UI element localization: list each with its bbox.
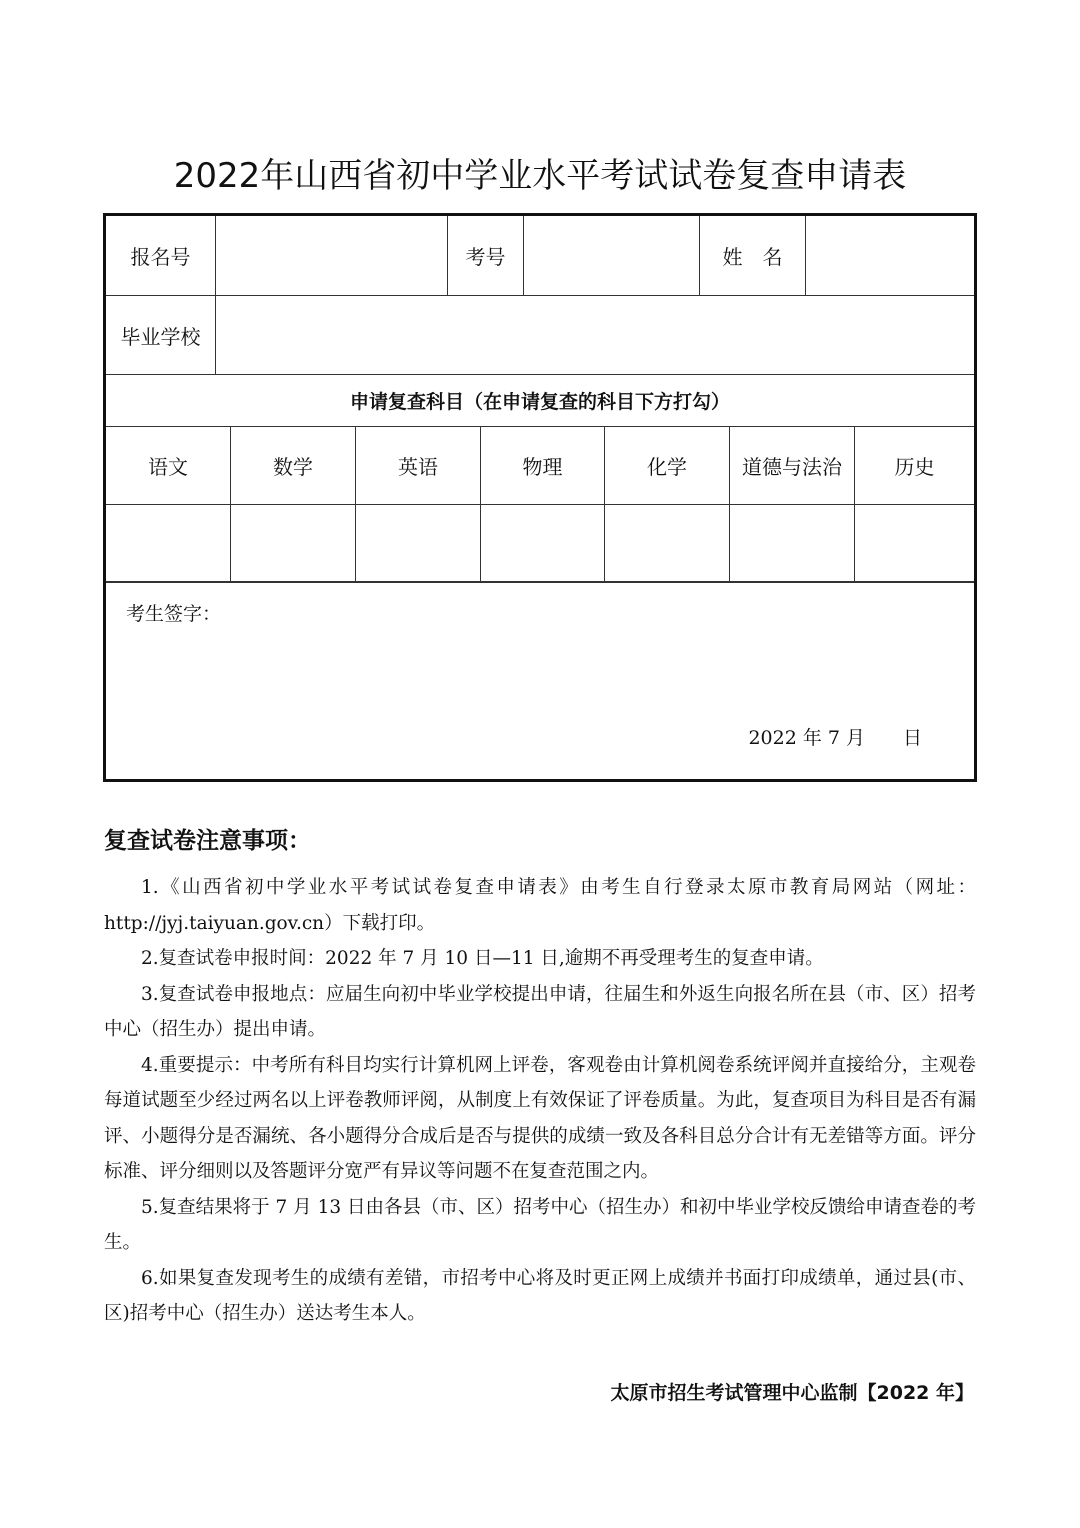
application-form-table: 报名号 考号 姓 名 毕业学校 申请复查科目（在申请复查的科目下方打勾） 语文 … (103, 213, 977, 782)
registration-no-field[interactable] (216, 216, 448, 295)
subject-english-label: 英语 (356, 427, 481, 504)
issuer-footer: 太原市招生考试管理中心监制【2022 年】 (611, 1378, 975, 1405)
subjects-label-row: 语文 数学 英语 物理 化学 道德与法治 历史 (106, 427, 974, 505)
subject-chinese-checkbox[interactable] (106, 505, 231, 581)
notes-list: 1.《山西省初中学业水平考试试卷复查申请表》由考生自行登录太原市教育局网站（网址… (104, 870, 976, 1332)
subject-math-label: 数学 (231, 427, 356, 504)
note-item-1: 1.《山西省初中学业水平考试试卷复查申请表》由考生自行登录太原市教育局网站（网址… (104, 870, 976, 941)
exam-no-label: 考号 (448, 216, 524, 295)
registration-no-label: 报名号 (106, 216, 216, 295)
subject-morality-law-checkbox[interactable] (730, 505, 855, 581)
name-field[interactable] (806, 216, 974, 295)
subject-morality-law-label: 道德与法治 (730, 427, 855, 504)
form-row-school: 毕业学校 (106, 296, 974, 375)
note-item-3: 3.复查试卷申报地点：应届生向初中毕业学校提出申请，往届生和外返生向报名所在县（… (104, 977, 976, 1048)
signature-label: 考生签字： (126, 599, 221, 626)
subject-chinese-label: 语文 (106, 427, 231, 504)
notes-title: 复查试卷注意事项： (104, 822, 311, 855)
subject-physics-checkbox[interactable] (481, 505, 605, 581)
subjects-header: 申请复查科目（在申请复查的科目下方打勾） (106, 375, 974, 426)
subject-history-checkbox[interactable] (855, 505, 974, 581)
signature-date: 2022 年 7 月 日 (748, 723, 922, 750)
subject-chemistry-checkbox[interactable] (605, 505, 730, 581)
note-item-6: 6.如果复查发现考生的成绩有差错，市招考中心将及时更正网上成绩并书面打印成绩单，… (104, 1261, 976, 1332)
note-item-4: 4.重要提示：中考所有科目均实行计算机网上评卷，客观卷由计算机阅卷系统评阅并直接… (104, 1048, 976, 1190)
school-field[interactable] (216, 296, 974, 374)
subjects-header-row: 申请复查科目（在申请复查的科目下方打勾） (106, 375, 974, 427)
note-item-5: 5.复查结果将于 7 月 13 日由各县（市、区）招考中心（招生办）和初中毕业学… (104, 1190, 976, 1261)
subject-chemistry-label: 化学 (605, 427, 730, 504)
subject-physics-label: 物理 (481, 427, 605, 504)
subject-history-label: 历史 (855, 427, 974, 504)
subject-english-checkbox[interactable] (356, 505, 481, 581)
note-item-2: 2.复查试卷申报时间：2022 年 7 月 10 日—11 日,逾期不再受理考生… (104, 941, 976, 977)
subjects-check-row (106, 505, 974, 583)
subject-math-checkbox[interactable] (231, 505, 356, 581)
form-row-identity: 报名号 考号 姓 名 (106, 216, 974, 296)
exam-no-field[interactable] (524, 216, 700, 295)
signature-area[interactable]: 考生签字： 2022 年 7 月 日 (106, 583, 974, 779)
name-label: 姓 名 (700, 216, 806, 295)
school-label: 毕业学校 (106, 296, 216, 374)
document-title: 2022年山西省初中学业水平考试试卷复查申请表 (0, 148, 1080, 197)
